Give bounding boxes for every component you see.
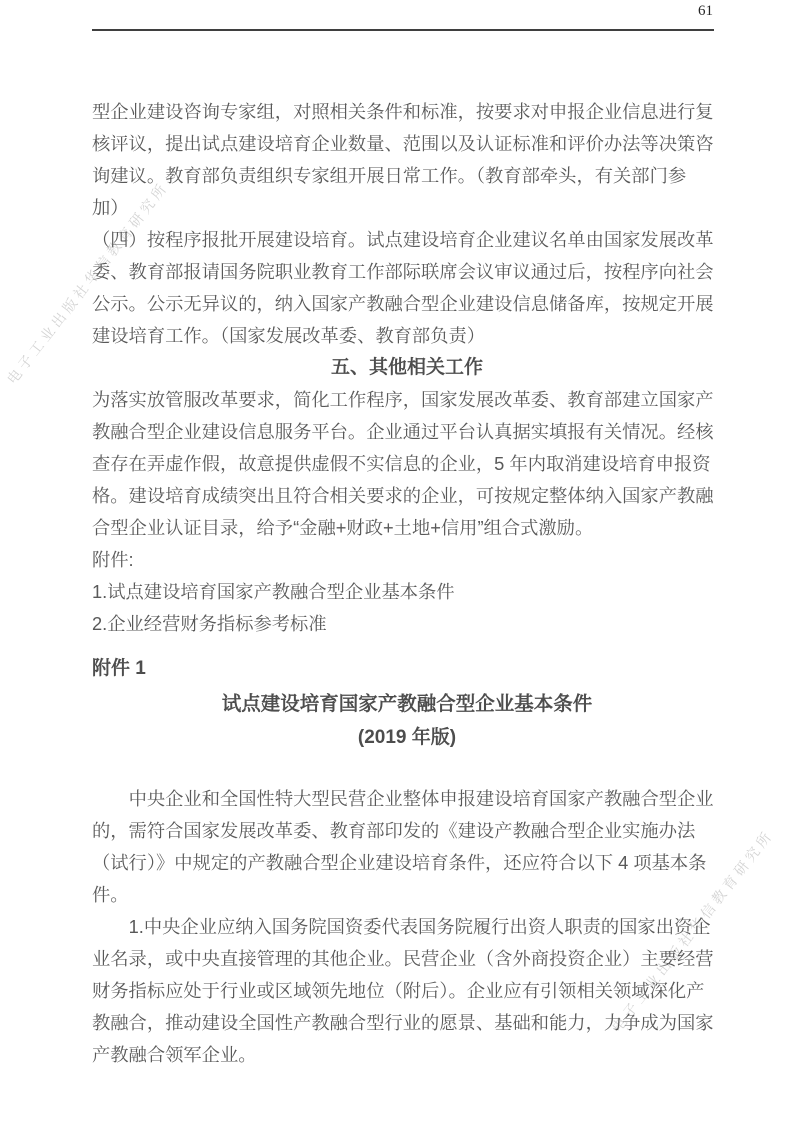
- paragraph-service-platform: 为落实放管服改革要求，简化工作程序，国家发展改革委、教育部建立国家产 教融合型企…: [92, 384, 722, 544]
- section-heading-other-work: 五、其他相关工作: [92, 352, 722, 384]
- attachment-item-1: 1.试点建设培育国家产教融合型企业基本条件: [92, 576, 722, 608]
- annex-1-label: 附件 1: [92, 653, 722, 685]
- paragraph-annex-condition-1: 1.中央企业应纳入国务院国资委代表国务院履行出资人职责的国家出资企 业名录，或中…: [92, 911, 722, 1071]
- attachment-item-2: 2.企业经营财务指标参考标准: [92, 608, 722, 640]
- attachments-label: 附件:: [92, 544, 722, 576]
- annex-1-edition: (2019 年版): [92, 722, 722, 754]
- paragraph-item-four-approval: （四）按程序报批开展建设培育。试点建设培育企业建议名单由国家发展改革 委、教育部…: [92, 224, 722, 352]
- page-number: 61: [698, 3, 713, 20]
- header-rule: [92, 29, 714, 31]
- paragraph-annex-intro: 中央企业和全国性特大型民营企业整体申报建设培育国家产教融合型企业 的，需符合国家…: [92, 783, 722, 911]
- paragraph-expert-group-review: 型企业建设咨询专家组，对照相关条件和标准，按要求对申报企业信息进行复 核评议，提…: [92, 96, 722, 224]
- annex-1-title: 试点建设培育国家产教融合型企业基本条件: [92, 688, 722, 720]
- document-page: 电子工业出版社华信教育研究所 电子工业出版社华信教育研究所 61 型企业建设咨询…: [0, 0, 793, 1122]
